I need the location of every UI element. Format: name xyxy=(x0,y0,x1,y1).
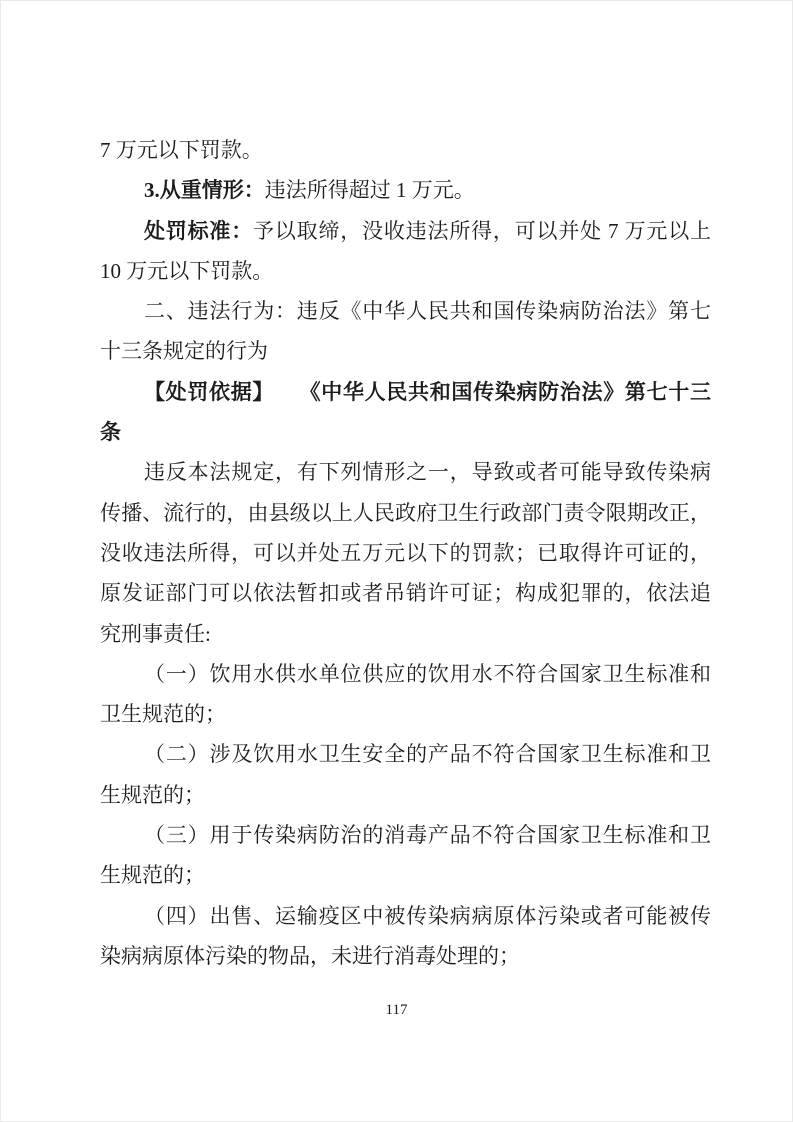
text-run: 7 万元以下罚款。 xyxy=(100,138,263,162)
text-run: 没收违法所得，可以并处五万元以下的罚款；已取得许可证的， xyxy=(100,541,711,565)
text-run: 染病病原体污染的物品，未进行消毒处理的； xyxy=(100,944,520,968)
doc-line: 染病病原体污染的物品，未进行消毒处理的； xyxy=(100,936,711,976)
bold-run-law-title: 《中华人民共和国传染病防治法》第七十三 xyxy=(310,380,711,404)
document-body: 7 万元以下罚款。 3.从重情形：违法所得超过 1 万元。 处罚标准：予以取缔，… xyxy=(100,130,711,976)
text-run: 违反本法规定，有下列情形之一，导致或者可能导致传染病 xyxy=(144,460,711,484)
doc-line: （一）饮用水供水单位供应的饮用水不符合国家卫生标准和 xyxy=(100,654,711,694)
text-run: 传播、流行的，由县级以上人民政府卫生行政部门责令限期改正， xyxy=(100,501,711,525)
doc-line: 10 万元以下罚款。 xyxy=(100,251,711,291)
page-footer: 117 xyxy=(0,1000,793,1020)
doc-line: 没收违法所得，可以并处五万元以下的罚款；已取得许可证的， xyxy=(100,533,711,573)
doc-line: 传播、流行的，由县级以上人民政府卫生行政部门责令限期改正， xyxy=(100,493,711,533)
doc-line: 原发证部门可以依法暂扣或者吊销许可证；构成犯罪的，依法追 xyxy=(100,573,711,613)
text-run: 十三条规定的行为 xyxy=(100,339,268,363)
bold-run: 3.从重情形： xyxy=(144,178,265,202)
doc-line: 【处罚依据】《中华人民共和国传染病防治法》第七十三 xyxy=(100,372,711,412)
page-number: 117 xyxy=(386,1002,408,1018)
text-run: 卫生规范的； xyxy=(100,702,226,726)
doc-line: （三）用于传染病防治的消毒产品不符合国家卫生标准和卫 xyxy=(100,815,711,855)
doc-line: 3.从重情形：违法所得超过 1 万元。 xyxy=(100,170,711,210)
bold-run: 条 xyxy=(100,420,121,444)
doc-line: 卫生规范的； xyxy=(100,694,711,734)
doc-line: 条 xyxy=(100,412,711,452)
text-run: 违法所得超过 1 万元。 xyxy=(265,178,475,202)
text-run: 予以取缔，没收违法所得，可以并处 7 万元以上 xyxy=(253,219,711,243)
text-run: （四）出售、运输疫区中被传染病病原体污染或者可能被传 xyxy=(144,904,711,928)
text-run: 究刑事责任: xyxy=(100,622,211,646)
text-run: （二）涉及饮用水卫生安全的产品不符合国家卫生标准和卫 xyxy=(144,742,711,766)
doc-line: 究刑事责任: xyxy=(100,614,711,654)
text-run: 原发证部门可以依法暂扣或者吊销许可证；构成犯罪的，依法追 xyxy=(100,581,711,605)
text-run: （三）用于传染病防治的消毒产品不符合国家卫生标准和卫 xyxy=(144,823,711,847)
doc-line: 二、违法行为：违反《中华人民共和国传染病防治法》第七 xyxy=(100,291,711,331)
doc-line: 处罚标准：予以取缔，没收违法所得，可以并处 7 万元以上 xyxy=(100,211,711,251)
document-page: 7 万元以下罚款。 3.从重情形：违法所得超过 1 万元。 处罚标准：予以取缔，… xyxy=(0,0,793,1122)
bold-run: 处罚标准： xyxy=(144,219,253,243)
doc-line: 生规范的； xyxy=(100,775,711,815)
text-run: （一）饮用水供水单位供应的饮用水不符合国家卫生标准和 xyxy=(144,662,711,686)
text-run: 二、违法行为：违反《中华人民共和国传染病防治法》第七 xyxy=(144,299,711,323)
doc-line: 7 万元以下罚款。 xyxy=(100,130,711,170)
doc-line: 违反本法规定，有下列情形之一，导致或者可能导致传染病 xyxy=(100,452,711,492)
doc-line: 十三条规定的行为 xyxy=(100,331,711,371)
text-run: 生规范的； xyxy=(100,863,205,887)
text-run: 10 万元以下罚款。 xyxy=(100,259,273,283)
doc-line: （四）出售、运输疫区中被传染病病原体污染或者可能被传 xyxy=(100,896,711,936)
doc-line: （二）涉及饮用水卫生安全的产品不符合国家卫生标准和卫 xyxy=(100,734,711,774)
doc-line: 生规范的； xyxy=(100,855,711,895)
bold-run-penalty-basis-label: 【处罚依据】 xyxy=(144,380,274,404)
text-run: 生规范的； xyxy=(100,783,205,807)
